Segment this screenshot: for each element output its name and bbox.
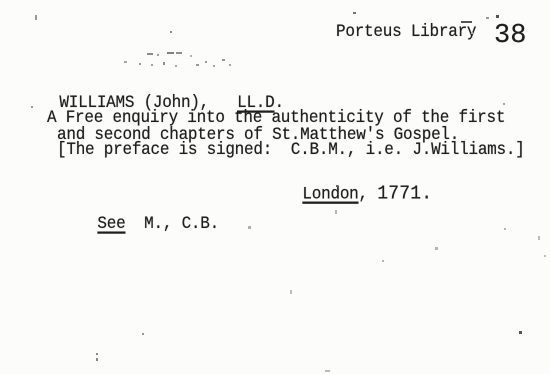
library-stamp: Porteus Library xyxy=(336,23,476,40)
scan-speck xyxy=(435,247,438,250)
scan-speck xyxy=(382,260,384,262)
scan-speck xyxy=(222,59,225,61)
scan-speck xyxy=(486,17,489,19)
title-line-1: A Free enquiry into the authenticity of … xyxy=(47,109,505,126)
scan-speck xyxy=(96,353,98,355)
imprint-separator: , xyxy=(359,184,378,203)
scan-speck xyxy=(151,64,153,66)
imprint-place: London xyxy=(302,184,358,203)
scan-speck xyxy=(353,12,356,14)
scan-speck xyxy=(176,52,182,54)
scan-speck xyxy=(35,15,37,20)
scan-speck xyxy=(229,64,231,66)
imprint-line: London, 1771. xyxy=(265,167,432,221)
scan-speck xyxy=(336,185,338,187)
scan-speck xyxy=(519,331,522,334)
scan-speck xyxy=(157,54,159,56)
scan-speck xyxy=(175,65,177,67)
scan-speck xyxy=(205,61,207,63)
scan-speck xyxy=(504,228,506,230)
imprint-year: 1771. xyxy=(377,183,432,205)
see-label: See xyxy=(97,214,125,233)
scan-speck xyxy=(538,236,540,240)
scan-speck xyxy=(196,64,199,66)
scan-speck xyxy=(248,226,251,229)
scan-speck xyxy=(461,21,472,23)
scan-speck xyxy=(544,255,546,257)
scan-speck xyxy=(147,53,153,55)
scan-speck xyxy=(190,55,192,57)
scan-speck xyxy=(170,31,172,33)
scan-speck xyxy=(471,32,473,34)
scan-speck xyxy=(335,210,337,214)
scan-speck xyxy=(142,333,144,335)
scan-speck xyxy=(163,62,165,65)
scan-speck xyxy=(31,106,33,108)
cross-reference-line: See M., C.B. xyxy=(60,198,219,250)
see-gap xyxy=(125,214,144,233)
scan-speck xyxy=(167,52,174,54)
see-target: M., C.B. xyxy=(144,214,219,233)
scan-speck xyxy=(503,103,505,105)
card-number: 38 xyxy=(494,23,526,50)
preface-note-line: [The preface is signed: C.B.M., i.e. J.W… xyxy=(57,141,525,158)
scan-speck xyxy=(213,65,215,67)
catalog-card: Porteus Library 38 WILLIAMS (John), LL.D… xyxy=(0,0,550,374)
scan-speck xyxy=(96,358,98,361)
scan-speck xyxy=(124,61,127,63)
scan-speck xyxy=(325,370,330,372)
scan-speck xyxy=(290,290,292,294)
scan-speck xyxy=(496,15,499,18)
scan-speck xyxy=(139,63,141,65)
